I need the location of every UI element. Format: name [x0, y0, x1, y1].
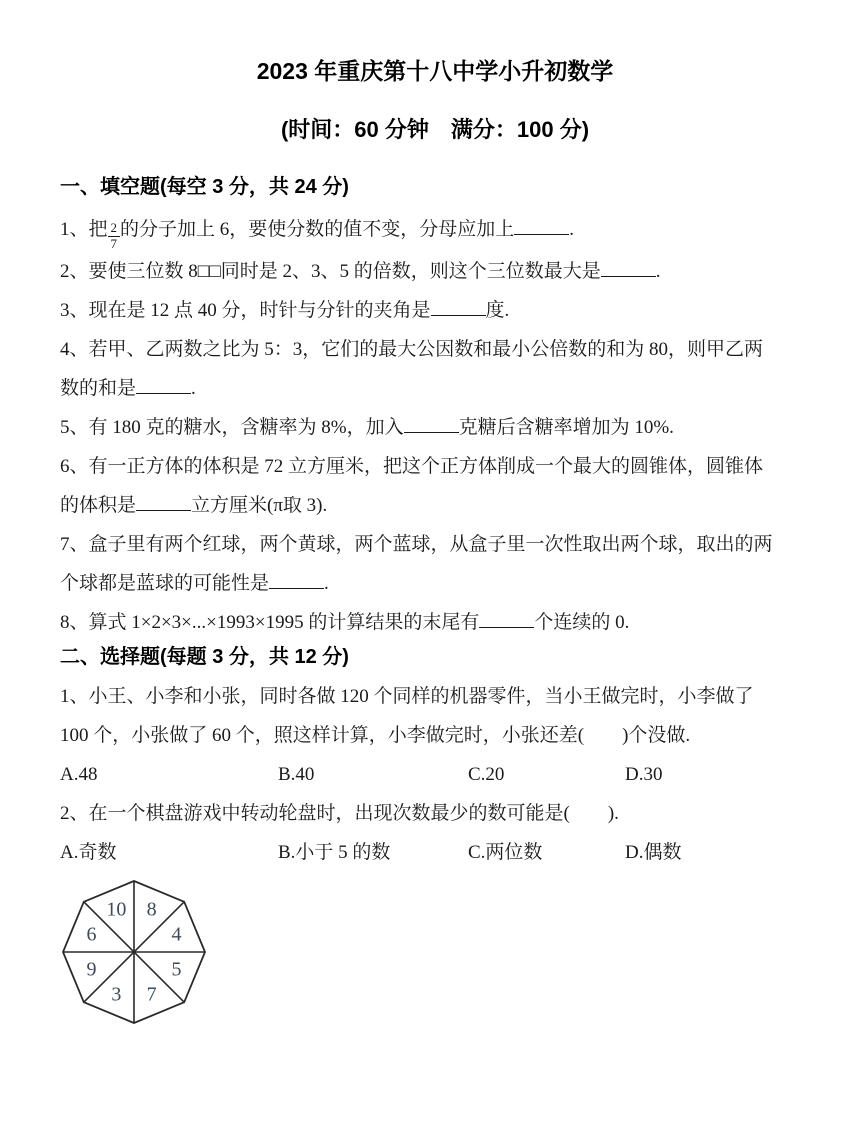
wheel-sector-number: 3 — [111, 983, 121, 1005]
fill-in-question-2: 2、要使三位数 8□□同时是 2、3、5 的倍数，则这个三位数最大是. — [60, 252, 810, 291]
q5-text-end: 克糖后含糖率增加为 10%. — [459, 417, 674, 438]
q4-text-pre: 数的和是 — [60, 378, 136, 399]
option-c: C.两位数 — [468, 833, 625, 872]
answer-blank — [601, 259, 656, 277]
section-heading-choice: 二、选择题(每题 3 分，共 12 分) — [60, 644, 810, 671]
answer-blank — [136, 376, 191, 394]
fraction-two-sevenths: 27 — [108, 221, 121, 252]
fill-in-question-1: 1、把27的分子加上 6，要使分数的值不变，分母应加上. — [60, 210, 810, 252]
answer-blank — [136, 493, 191, 511]
fill-in-question-5: 5、有 180 克的糖水，含糖率为 8%，加入克糖后含糖率增加为 10%. — [60, 408, 810, 447]
q1-text-end: . — [569, 219, 574, 240]
fill-in-question-6-line1: 6、有一正方体的体积是 72 立方厘米，把这个正方体削成一个最大的圆锥体，圆锥体 — [60, 447, 810, 486]
exam-page: 2023 年重庆第十八中学小升初数学 (时间：60 分钟 满分：100 分) 一… — [0, 0, 867, 1122]
choice-question-1-line1: 1、小王、小李和小张，同时各做 120 个同样的机器零件，当小王做完时，小李做了 — [60, 677, 810, 716]
q7-text-end: . — [324, 573, 329, 594]
answer-blank — [269, 571, 324, 589]
option-a: A.48 — [60, 755, 278, 794]
q4-text-end: . — [191, 378, 196, 399]
page-title: 2023 年重庆第十八中学小升初数学 — [60, 0, 810, 85]
q2-text-pre: 2、要使三位数 8□□同时是 2、3、5 的倍数，则这个三位数最大是 — [60, 261, 601, 282]
choice-question-1-line2: 100 个，小张做了 60 个，照这样计算，小李做完时，小张还差( )个没做. — [60, 716, 810, 755]
choice-question-2-line1: 2、在一个棋盘游戏中转动轮盘时，出现次数最少的数可能是( ). — [60, 794, 810, 833]
wheel-sector-number: 4 — [172, 923, 182, 945]
fill-in-question-4-line2: 数的和是. — [60, 369, 810, 408]
q1-text-mid: 的分子加上 6，要使分数的值不变，分母应加上 — [120, 219, 514, 240]
fill-in-question-6-line2: 的体积是立方厘米(π取 3). — [60, 486, 810, 525]
spinner-wheel-octagon: 845739610 — [60, 878, 208, 1026]
fraction-denominator: 7 — [108, 237, 121, 252]
wheel-sector-number: 9 — [87, 959, 97, 981]
fill-in-question-7-line2: 个球都是蓝球的可能性是. — [60, 564, 810, 603]
option-b: B.小于 5 的数 — [278, 833, 468, 872]
spinner-wheel-figure: 845739610 — [60, 878, 208, 1026]
answer-blank — [431, 298, 486, 316]
q3-text-end: 度. — [486, 300, 510, 321]
wheel-sector-number: 10 — [106, 898, 126, 920]
q6-text-pre: 的体积是 — [60, 495, 136, 516]
wheel-sector-number: 8 — [147, 898, 157, 920]
q7-text-pre: 个球都是蓝球的可能性是 — [60, 573, 269, 594]
section-heading-fill-in: 一、填空题(每空 3 分，共 24 分) — [60, 174, 810, 201]
option-c: C.20 — [468, 755, 625, 794]
option-a: A.奇数 — [60, 833, 278, 872]
q8-text-end: 个连续的 0. — [534, 612, 629, 633]
fill-in-question-7-line1: 7、盒子里有两个红球，两个黄球，两个蓝球，从盒子里一次性取出两个球，取出的两 — [60, 525, 810, 564]
option-d: D.偶数 — [625, 833, 810, 872]
q6-text-end: 立方厘米(π取 3). — [191, 495, 327, 516]
q8-text-pre: 8、算式 1×2×3×...×1993×1995 的计算结果的末尾有 — [60, 612, 479, 633]
option-d: D.30 — [625, 755, 810, 794]
answer-blank — [514, 217, 569, 235]
page-subtitle: (时间：60 分钟 满分：100 分) — [60, 116, 810, 144]
q2-text-end: . — [656, 261, 661, 282]
fraction-numerator: 2 — [108, 221, 121, 237]
answer-blank — [479, 610, 534, 628]
fill-in-question-4-line1: 4、若甲、乙两数之比为 5：3，它们的最大公因数和最小公倍数的和为 80，则甲乙… — [60, 330, 810, 369]
q5-text-pre: 5、有 180 克的糖水，含糖率为 8%，加入 — [60, 417, 404, 438]
answer-blank — [404, 415, 459, 433]
wheel-sector-number: 6 — [87, 923, 97, 945]
fill-in-question-3: 3、现在是 12 点 40 分，时针与分针的夹角是度. — [60, 291, 810, 330]
q3-text-pre: 3、现在是 12 点 40 分，时针与分针的夹角是 — [60, 300, 431, 321]
choice-question-1-options: A.48 B.40 C.20 D.30 — [60, 755, 810, 794]
fill-in-question-8: 8、算式 1×2×3×...×1993×1995 的计算结果的末尾有个连续的 0… — [60, 603, 810, 642]
wheel-sector-number: 5 — [172, 959, 182, 981]
choice-question-2-options: A.奇数 B.小于 5 的数 C.两位数 D.偶数 — [60, 833, 810, 872]
wheel-sector-number: 7 — [147, 983, 157, 1005]
q1-text-pre: 1、把 — [60, 219, 108, 240]
option-b: B.40 — [278, 755, 468, 794]
